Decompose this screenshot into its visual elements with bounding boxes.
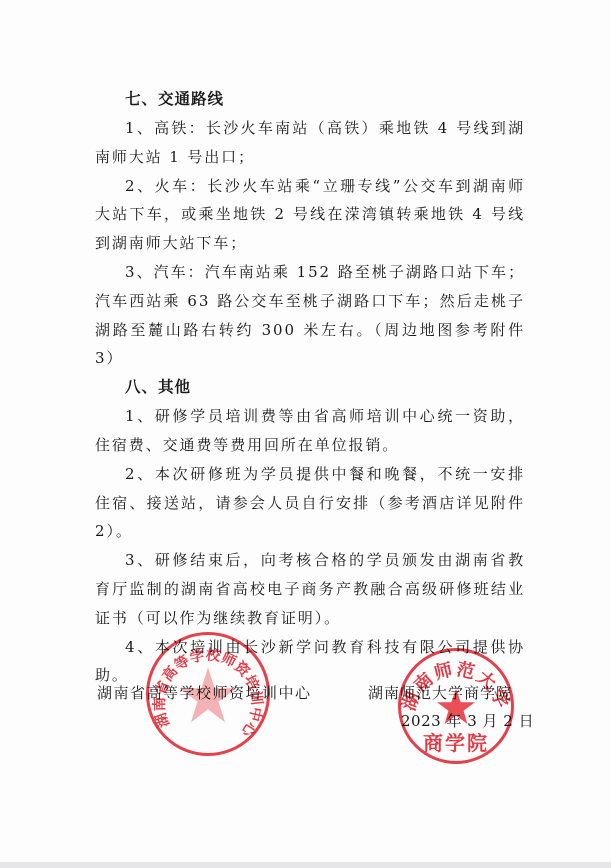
seal-bottom-text: 商学院 <box>401 727 511 756</box>
official-seal-right: 湖南师范大学 商学院 <box>398 648 514 764</box>
official-seal-left: 湖南省高等学校师资培训中心 <box>146 632 270 756</box>
seal-star-icon: 湖南省高等学校师资培训中心 <box>149 635 267 753</box>
signature-block: 湖南省高等学校师资培训中心 湖南师范大学商学院 2023 年 3 月 2 日 湖… <box>0 0 611 868</box>
page-bottom-edge <box>0 862 611 868</box>
